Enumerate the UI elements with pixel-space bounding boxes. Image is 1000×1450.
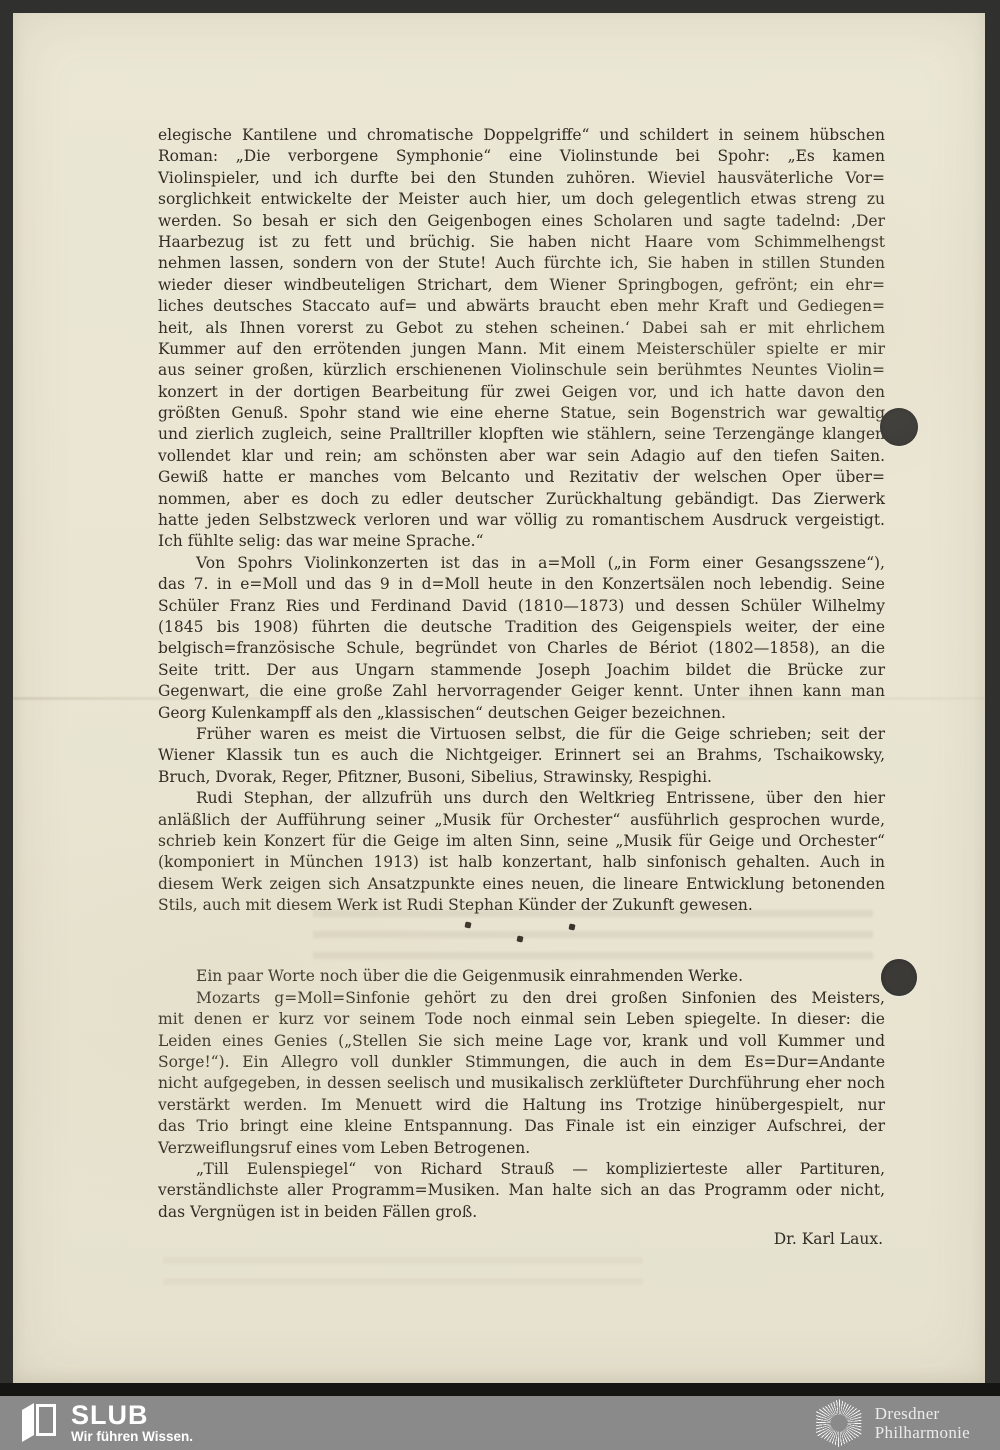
text-line: belgisch=französische Schule, begründet … <box>158 638 885 659</box>
text-line: Leiden eines Genies („Stellen Sie sich m… <box>158 1031 885 1052</box>
text-line: Stils, auch mit diesem Werk ist Rudi Ste… <box>158 895 885 916</box>
text-line: Georg Kulenkampff als den „klassischen“ … <box>158 703 885 724</box>
text-line: hatte jeden Selbstzweck verloren und war… <box>158 510 885 531</box>
paragraph: „Till Eulenspiegel“ von Richard Strauß —… <box>158 1159 885 1223</box>
text-line: verstärkt werden. Im Menuett wird die Ha… <box>158 1095 885 1116</box>
paragraph: Von Spohrs Violinkonzerten ist das in a=… <box>158 553 885 724</box>
author-signature: Dr. Karl Laux. <box>158 1229 885 1250</box>
branding-bar: SLUB Wir führen Wissen. Dresdner Philhar… <box>0 1396 1000 1450</box>
punch-hole <box>881 959 917 996</box>
paragraph: Ein paar Worte noch über die die Geigenm… <box>158 966 885 987</box>
text-line: Ein paar Worte noch über die die Geigenm… <box>158 966 885 987</box>
text-line: Bruch, Dvorak, Reger, Pfitzner, Busoni, … <box>158 767 885 788</box>
text-line: Gegenwart, die eine große Zahl hervorrag… <box>158 681 885 702</box>
text-line: das 7. in e=Moll und das 9 in d=Moll heu… <box>158 574 885 595</box>
slub-logo: SLUB Wir führen Wissen. <box>20 1402 193 1444</box>
text-line: nicht aufgegeben, in dessen seelisch und… <box>158 1073 885 1094</box>
slub-wordmark: SLUB <box>71 1402 193 1428</box>
text-line: „Till Eulenspiegel“ von Richard Strauß —… <box>158 1159 885 1180</box>
asterisk-separator <box>158 916 885 966</box>
text-line: schrieb kein Konzert für die Geige im al… <box>158 831 885 852</box>
text-line: verständlichste aller Programm=Musiken. … <box>158 1180 885 1201</box>
text-line: Von Spohrs Violinkonzerten ist das in a=… <box>158 553 885 574</box>
text-line: heit, als Ihnen vorerst zu Gebot zu steh… <box>158 318 885 339</box>
text-line: nehmen lassen, sondern von der Stute! Au… <box>158 253 885 274</box>
text-line: diesem Werk zeigen sich Ansatzpunkte ein… <box>158 874 885 895</box>
text-line: das Trio bringt eine kleine Entspannung.… <box>158 1116 885 1137</box>
page-shadow-band <box>0 1383 1000 1396</box>
text-line: und zierlich zugleich, seine Pralltrille… <box>158 424 885 445</box>
text-line: elegische Kantilene und chromatische Dop… <box>158 125 885 146</box>
text-line: Rudi Stephan, der allzufrüh uns durch de… <box>158 788 885 809</box>
text-line: das Vergnügen ist in beiden Fällen groß. <box>158 1202 885 1223</box>
text-line: Wiener Klassik tun es auch die Nichtgeig… <box>158 745 885 766</box>
text-line: aus seiner großen, kürzlich erschienenen… <box>158 360 885 381</box>
text-line: konzert in der dortigen Bearbeitung für … <box>158 382 885 403</box>
text-line: Violinspieler, und ich durfte bei den St… <box>158 168 885 189</box>
paragraph: Mozarts g=Moll=Sinfonie gehört zu den dr… <box>158 988 885 1159</box>
text-column: elegische Kantilene und chromatische Dop… <box>158 125 885 1251</box>
asterisk-icon <box>568 924 575 931</box>
slub-tagline: Wir führen Wissen. <box>71 1429 193 1444</box>
text-line: sorglichkeit entwickelte der Meister auc… <box>158 189 885 210</box>
text-line: Verzweiflungsruf eines vom Leben Betroge… <box>158 1138 885 1159</box>
text-line: liches deutsches Staccato auf= und abwär… <box>158 296 885 317</box>
philharmonie-name-line1: Dresdner <box>875 1404 970 1424</box>
text-line: Mozarts g=Moll=Sinfonie gehört zu den dr… <box>158 988 885 1009</box>
asterisk-icon <box>516 936 523 943</box>
text-line: Schüler Franz Ries und Ferdinand David (… <box>158 596 885 617</box>
paragraph: Früher waren es meist die Virtuosen selb… <box>158 724 885 788</box>
asterisk-icon <box>464 922 471 929</box>
open-book-icon <box>20 1402 58 1444</box>
philharmonie-logo: Dresdner Philharmonie <box>815 1399 970 1447</box>
text-line: wieder dieser windbeuteligen Strichart, … <box>158 275 885 296</box>
punch-hole <box>880 408 918 446</box>
scanned-document-page: elegische Kantilene und chromatische Dop… <box>13 13 985 1385</box>
text-line: Früher waren es meist die Virtuosen selb… <box>158 724 885 745</box>
text-line: Roman: „Die verborgene Symphonie“ eine V… <box>158 146 885 167</box>
text-line: Haarbezug ist zu fett und brüchig. Sie h… <box>158 232 885 253</box>
text-line: Ich fühlte selig: das war meine Sprache.… <box>158 531 885 552</box>
text-line: Sorge!“). Ein Allegro voll dunkler Stimm… <box>158 1052 885 1073</box>
text-line: größten Genuß. Spohr stand wie eine eher… <box>158 403 885 424</box>
ink-bleed-through <box>163 1251 643 1285</box>
paragraph: elegische Kantilene und chromatische Dop… <box>158 125 885 553</box>
starburst-hexagon-icon <box>815 1399 863 1447</box>
philharmonie-name-line2: Philharmonie <box>875 1423 970 1443</box>
text-line: werden. So besah er sich den Geigenbogen… <box>158 211 885 232</box>
text-line: (komponiert in München 1913) ist halb ko… <box>158 852 885 873</box>
paragraph: Rudi Stephan, der allzufrüh uns durch de… <box>158 788 885 916</box>
text-line: anläßlich der Aufführung seiner „Musik f… <box>158 810 885 831</box>
text-line: Seite tritt. Der aus Ungarn stammende Jo… <box>158 660 885 681</box>
text-line: vollendet klar und rein; am schönsten ab… <box>158 446 885 467</box>
text-line: nommen, aber es doch zu edler deutscher … <box>158 489 885 510</box>
text-line: Kummer auf den errötenden jungen Mann. M… <box>158 339 885 360</box>
text-line: Gewiß hatte er manches vom Belcanto und … <box>158 467 885 488</box>
text-line: mit denen er kurz vor seinem Tode noch e… <box>158 1009 885 1030</box>
text-line: (1845 bis 1908) führten die deutsche Tra… <box>158 617 885 638</box>
